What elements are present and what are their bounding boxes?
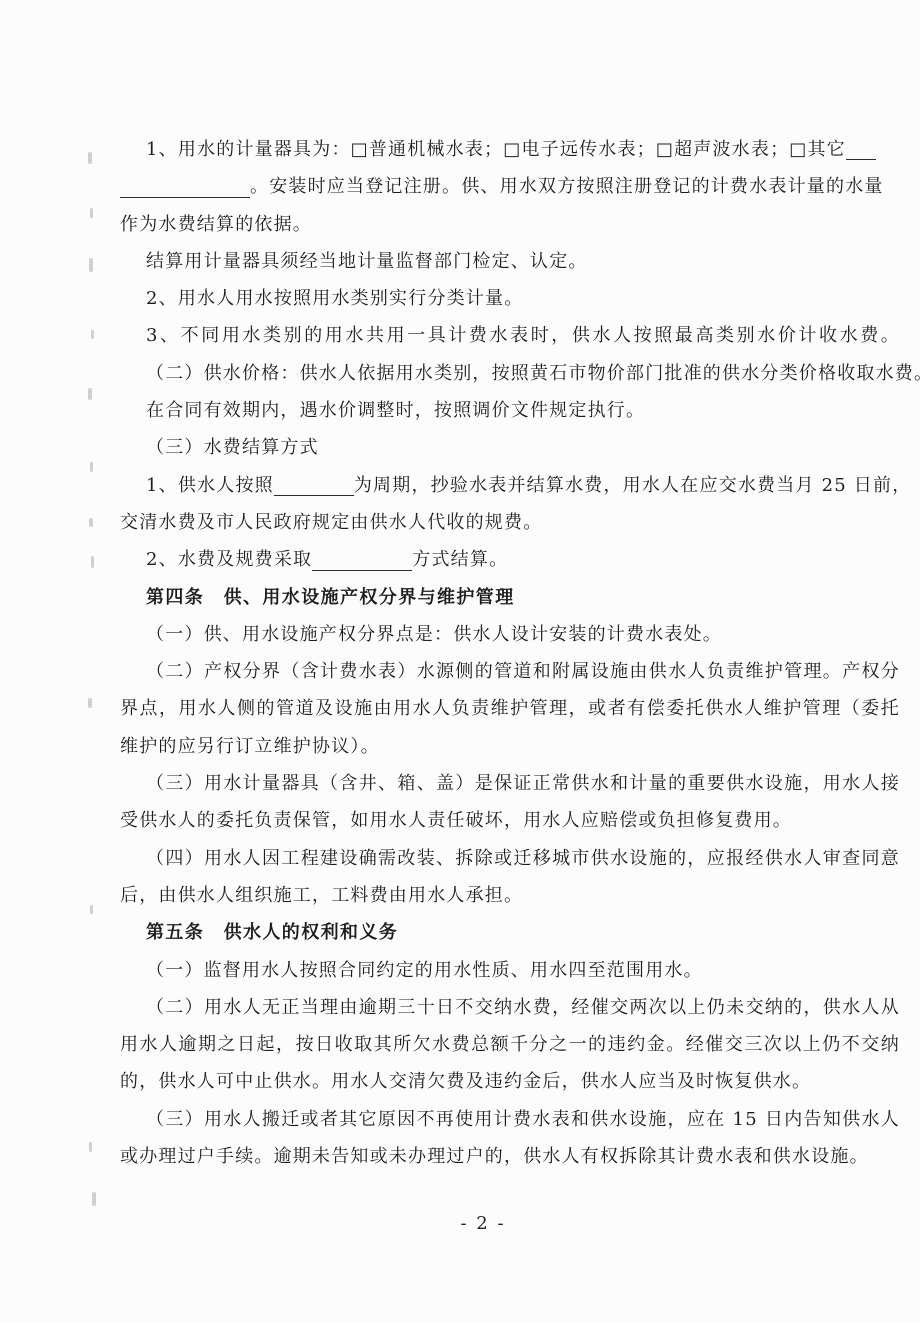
text-segment: （三）用水人搬迁或者其它原因不再使用计费水表和供水设施，应在 15 日内告知供水… — [146, 1109, 900, 1130]
text-segment: 在合同有效期内，遇水价调整时，按照调价文件规定执行。 — [146, 400, 645, 421]
text-segment: （二）供水价格：供水人依据用水类别，按照黄石市物价部门批准的供水分类价格收取水费… — [146, 363, 920, 384]
scan-artifact — [91, 330, 94, 339]
heading-line: 第五条 供水人的权利和义务 — [120, 914, 900, 951]
text-segment: 2、用水人用水按照用水类别实行分类计量。 — [146, 288, 523, 309]
scan-artifact — [92, 1192, 96, 1206]
scan-artifact — [89, 258, 93, 272]
scan-artifact — [88, 698, 92, 708]
text-segment: 方式结算。 — [412, 541, 508, 578]
text-segment: 1、用水的计量器具为：□普通机械水表；□电子远传水表；□超声波水表；□其它 — [146, 131, 846, 168]
document-page: 1、用水的计量器具为：□普通机械水表；□电子远传水表；□超声波水表；□其它。安装… — [0, 0, 920, 1323]
text-line: （三）用水人搬迁或者其它原因不再使用计费水表和供水设施，应在 15 日内告知供水… — [120, 1101, 900, 1138]
scan-artifact — [89, 1142, 92, 1152]
text-segment: 1、供水人按照 — [146, 467, 274, 504]
text-segment: 或办理过户手续。逾期未告知或未办理过户的，供水人有权拆除其计费水表和供水设施。 — [120, 1146, 869, 1167]
scan-artifact — [91, 556, 94, 568]
text-line: 3、不同用水类别的用水共用一具计费水表时，供水人按照最高类别水价计收水费。 — [120, 317, 900, 354]
blank-underline — [274, 495, 354, 496]
scan-artifact — [90, 905, 93, 914]
text-segment: 用水人逾期之日起，按日收取其所欠水费总额千分之一的违约金。经催交三次以上仍不交纳 — [120, 1034, 900, 1055]
scan-artifact — [88, 388, 92, 400]
text-segment: 为周期，抄验水表并结算水费，用水人在应交水费当月 25 日前， — [354, 467, 912, 504]
text-line: （三）用水计量器具（含井、箱、盖）是保证正常供水和计量的重要供水设施，用水人接 — [120, 765, 900, 802]
text-segment: 。安装时应当登记注册。供、用水双方按照注册登记的计费水表计量的水量 — [250, 168, 884, 205]
text-segment: （二）用水人无正当理由逾期三十日不交纳水费，经催交两次以上仍未交纳的，供水人从 — [146, 997, 900, 1018]
text-line: 1、供水人按照为周期，抄验水表并结算水费，用水人在应交水费当月 25 日前， — [120, 467, 900, 504]
text-line: （四）用水人因工程建设确需改装、拆除或迁移城市供水设施的，应报经供水人审查同意 — [120, 840, 900, 877]
text-segment: （四）用水人因工程建设确需改装、拆除或迁移城市供水设施的，应报经供水人审查同意 — [146, 848, 900, 869]
page-footer: - 2 - — [0, 1205, 920, 1242]
text-segment: 的，供水人可中止供水。用水人交清欠费及违约金后，供水人应当及时恢复供水。 — [120, 1071, 811, 1092]
text-line: （二）产权分界（含计费水表）水源侧的管道和附属设施由供水人负责维护管理。产权分 — [120, 653, 900, 690]
text-line: 。安装时应当登记注册。供、用水双方按照注册登记的计费水表计量的水量 — [120, 168, 900, 205]
text-line: 维护的应另行订立维护协议）。 — [120, 728, 900, 765]
text-segment: （三）水费结算方式 — [146, 437, 319, 458]
text-line: 结算用计量器具须经当地计量监督部门检定、认定。 — [120, 243, 900, 280]
text-segment: 第四条 供、用水设施产权分界与维护管理 — [146, 587, 515, 608]
text-segment: （一）供、用水设施产权分界点是：供水人设计安装的计费水表处。 — [146, 624, 722, 645]
scan-artifact — [90, 462, 93, 472]
text-segment: 界点，用水人侧的管道及设施由用水人负责维护管理，或者有偿委托供水人维护管理（委托 — [120, 698, 900, 719]
text-segment: 交清水费及市人民政府规定由供水人代收的规费。 — [120, 512, 542, 533]
page-number: - 2 - — [460, 1213, 505, 1234]
text-line: 2、水费及规费采取方式结算。 — [120, 541, 900, 578]
text-segment: （三）用水计量器具（含井、箱、盖）是保证正常供水和计量的重要供水设施，用水人接 — [146, 773, 900, 794]
text-line: 界点，用水人侧的管道及设施由用水人负责维护管理，或者有偿委托供水人维护管理（委托 — [120, 690, 900, 727]
text-line: 1、用水的计量器具为：□普通机械水表；□电子远传水表；□超声波水表；□其它 — [120, 131, 900, 168]
text-line: 在合同有效期内，遇水价调整时，按照调价文件规定执行。 — [120, 392, 900, 429]
text-line: 用水人逾期之日起，按日收取其所欠水费总额千分之一的违约金。经催交三次以上仍不交纳 — [120, 1026, 900, 1063]
text-line: （一）监督用水人按照合同约定的用水性质、用水四至范围用水。 — [120, 952, 900, 989]
text-line: 的，供水人可中止供水。用水人交清欠费及违约金后，供水人应当及时恢复供水。 — [120, 1063, 900, 1100]
text-line: 交清水费及市人民政府规定由供水人代收的规费。 — [120, 504, 900, 541]
text-segment: 结算用计量器具须经当地计量监督部门检定、认定。 — [146, 251, 588, 272]
scan-artifact — [88, 152, 92, 164]
text-segment: （二）产权分界（含计费水表）水源侧的管道和附属设施由供水人负责维护管理。产权分 — [146, 661, 900, 682]
blank-underline — [846, 159, 876, 160]
text-segment: 作为水费结算的依据。 — [120, 214, 312, 235]
text-segment: （一）监督用水人按照合同约定的用水性质、用水四至范围用水。 — [146, 960, 703, 981]
text-line: 受供水人的委托负责保管，如用水人责任破坏，用水人应赔偿或负担修复费用。 — [120, 802, 900, 839]
text-segment: 受供水人的委托负责保管，如用水人责任破坏，用水人应赔偿或负担修复费用。 — [120, 810, 792, 831]
text-segment: 第五条 供水人的权利和义务 — [146, 922, 398, 943]
text-segment: 维护的应另行订立维护协议）。 — [120, 736, 380, 757]
text-segment: 3、不同用水类别的用水共用一具计费水表时，供水人按照最高类别水价计收水费。 — [146, 325, 900, 346]
text-segment: 后，由供水人组织施工，工料费由用水人承担。 — [120, 885, 523, 906]
scan-artifact — [90, 208, 93, 218]
text-line: 或办理过户手续。逾期未告知或未办理过户的，供水人有权拆除其计费水表和供水设施。 — [120, 1138, 900, 1175]
heading-line: 第四条 供、用水设施产权分界与维护管理 — [120, 579, 900, 616]
text-line: 作为水费结算的依据。 — [120, 206, 900, 243]
blank-underline — [120, 197, 250, 198]
scan-artifact — [89, 518, 93, 527]
blank-underline — [312, 570, 412, 571]
text-line: （一）供、用水设施产权分界点是：供水人设计安装的计费水表处。 — [120, 616, 900, 653]
text-line: （二）供水价格：供水人依据用水类别，按照黄石市物价部门批准的供水分类价格收取水费… — [120, 355, 900, 392]
text-segment: 2、水费及规费采取 — [146, 541, 312, 578]
text-line: 后，由供水人组织施工，工料费由用水人承担。 — [120, 877, 900, 914]
document-body: 1、用水的计量器具为：□普通机械水表；□电子远传水表；□超声波水表；□其它。安装… — [120, 131, 900, 1175]
text-line: 2、用水人用水按照用水类别实行分类计量。 — [120, 280, 900, 317]
text-line: （二）用水人无正当理由逾期三十日不交纳水费，经催交两次以上仍未交纳的，供水人从 — [120, 989, 900, 1026]
text-line: （三）水费结算方式 — [120, 429, 900, 466]
